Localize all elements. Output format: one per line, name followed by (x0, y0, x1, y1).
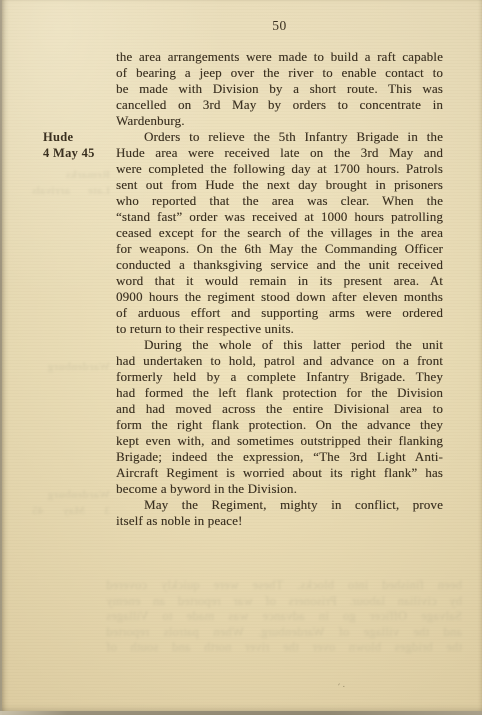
page-number: 50 (116, 18, 443, 34)
text-line: to return to their respective units. (116, 321, 443, 337)
text-line: become a byword in the Division. (116, 481, 443, 497)
bleedthrough-line: Late arrivals (32, 184, 110, 200)
text-line: Orders to relieve the 5th Infantry Briga… (116, 129, 443, 145)
bleedthrough-line: been finished into blocks. These were qu… (106, 578, 462, 594)
bleedthrough-text: been finished into blocks. These were qu… (106, 578, 462, 656)
bleedthrough-line: 3 May 45 (32, 504, 110, 520)
text-line: had undertaken to hold, patrol and advan… (116, 353, 443, 369)
margin-note-date: 4 May 45 (43, 146, 95, 162)
text-line: be made with Division by a short route. … (116, 81, 443, 97)
text-line: Brigade; indeed the expression, “The 3rd… (116, 449, 443, 465)
text-line: Hude area were received late on the 3rd … (116, 145, 443, 161)
text-line: the area arrangements were made to build… (116, 49, 443, 65)
text-line: for weapons. On the 6th May the Commandi… (116, 241, 443, 257)
bleedthrough-line: and the village of Wardenburg. When patr… (106, 625, 462, 641)
text-line: were completed the following day at 1700… (116, 161, 443, 177)
text-line: cancelled on 3rd May by orders to concen… (116, 97, 443, 113)
bleedthrough-line: Wardenburg (32, 360, 110, 376)
body-text: the area arrangements were made to build… (116, 49, 443, 529)
text-line: itself as noble in peace! (116, 513, 443, 529)
bleedthrough-text: RemarksLate arrivals (32, 168, 110, 199)
text-line: Wardenburg. (116, 113, 443, 129)
pencil-mark: ´· (337, 681, 348, 694)
text-line: who reported that the area was clear. Wh… (116, 193, 443, 209)
text-line: sent out from Hude the next day brought … (116, 177, 443, 193)
scan-edge-bottom (0, 711, 482, 715)
bleedthrough-line: the bridges blown over the river north a… (106, 640, 462, 656)
text-line: form the right flank protection. On the … (116, 417, 443, 433)
bleedthrough-line: by civilian labour. Prisoners of war rep… (106, 594, 462, 610)
bleedthrough-text: Wardenburg3 May 45 (32, 488, 110, 519)
text-line: word that it would remain in its present… (116, 273, 443, 289)
bleedthrough-line: Wardenburg (32, 488, 110, 504)
bleedthrough-line: Salvage Officer go in advance was made t… (106, 609, 462, 625)
margin-note-place: Hude (43, 130, 95, 146)
text-line: May the Regiment, mighty in conflict, pr… (116, 497, 443, 513)
text-line: During the whole of this latter period t… (116, 337, 443, 353)
scan-edge-left (0, 0, 2, 715)
bleedthrough-line: Remarks (32, 168, 110, 184)
text-line: Aircraft Regiment is worried about its r… (116, 465, 443, 481)
book-page-scan: 50 Hude 4 May 45 the area arrangements w… (0, 0, 482, 715)
text-line: “stand fast” order was received at 1000 … (116, 209, 443, 225)
bleedthrough-text: Wardenburg (32, 360, 110, 376)
text-line: kept even with, and sometimes outstrippe… (116, 433, 443, 449)
text-line: of bearing a jeep over the river to enab… (116, 65, 443, 81)
text-line: conducted a thanksgiving service and the… (116, 257, 443, 273)
text-line: formerly held by a complete Infantry Bri… (116, 369, 443, 385)
text-line: had formed the left flank protection for… (116, 385, 443, 401)
text-line: and had moved across the entire Division… (116, 401, 443, 417)
text-line: 0900 hours the regiment stood down after… (116, 289, 443, 305)
text-line: of arduous effort and supporting arms we… (116, 305, 443, 321)
text-line: ceased except for the search of the vill… (116, 225, 443, 241)
margin-note: Hude 4 May 45 (43, 130, 95, 161)
